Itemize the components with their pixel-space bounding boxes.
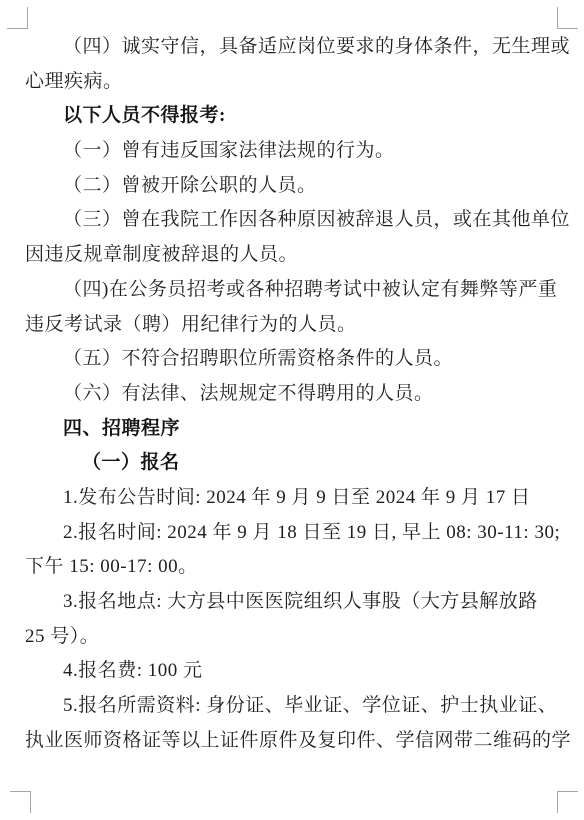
text-line: 违反考试录（聘）用纪律行为的人员。 — [25, 308, 561, 343]
text-line: 25 号）。 — [25, 620, 561, 655]
text-line: （六）有法律、法规规定不得聘用的人员。 — [25, 377, 561, 412]
text-boundary-mark-bottom-left — [10, 791, 31, 813]
text-line: （一）曾有违反国家法律法规的行为。 — [25, 134, 561, 169]
text-line: （四)在公务员招考或各种招聘考试中被认定有舞弊等严重 — [25, 273, 561, 308]
text-line: 执业医师资格证等以上证件原件及复印件、学信网带二维码的学 — [25, 724, 561, 759]
text-boundary-mark-top-right — [557, 7, 578, 29]
text-line: （四）诚实守信，具备适应岗位要求的身体条件，无生理或 — [25, 30, 561, 65]
text-line: 4.报名费: 100 元 — [25, 654, 561, 689]
text-line: 因违反规章制度被辞退的人员。 — [25, 238, 561, 273]
text-boundary-mark-top-left — [7, 7, 28, 29]
text-line: （三）曾在我院工作因各种原因被辞退人员，或在其他单位 — [25, 203, 561, 238]
text-line: 2.报名时间: 2024 年 9 月 18 日至 19 日, 早上 08: 30… — [25, 516, 561, 551]
text-line: 5.报名所需资料: 身份证、毕业证、学位证、护士执业证、 — [25, 689, 561, 724]
text-line: （五）不符合招聘职位所需资格条件的人员。 — [25, 342, 561, 377]
text-line: （二）曾被开除公职的人员。 — [25, 169, 561, 204]
text-line: 以下人员不得报考: — [25, 99, 561, 134]
text-line: （一）报名 — [25, 446, 561, 481]
text-boundary-mark-bottom-right — [557, 791, 578, 813]
text-line: 心理疾病。 — [25, 65, 561, 100]
text-line: 下午 15: 00-17: 00。 — [25, 550, 561, 585]
text-line: 3.报名地点: 大方县中医医院组织人事股（大方县解放路 — [25, 585, 561, 620]
document-page: （四）诚实守信，具备适应岗位要求的身体条件，无生理或心理疾病。以下人员不得报考:… — [0, 0, 584, 820]
document-body: （四）诚实守信，具备适应岗位要求的身体条件，无生理或心理疾病。以下人员不得报考:… — [25, 30, 561, 758]
text-line: 1.发布公告时间: 2024 年 9 月 9 日至 2024 年 9 月 17 … — [25, 481, 561, 516]
text-line: 四、招聘程序 — [25, 412, 561, 447]
